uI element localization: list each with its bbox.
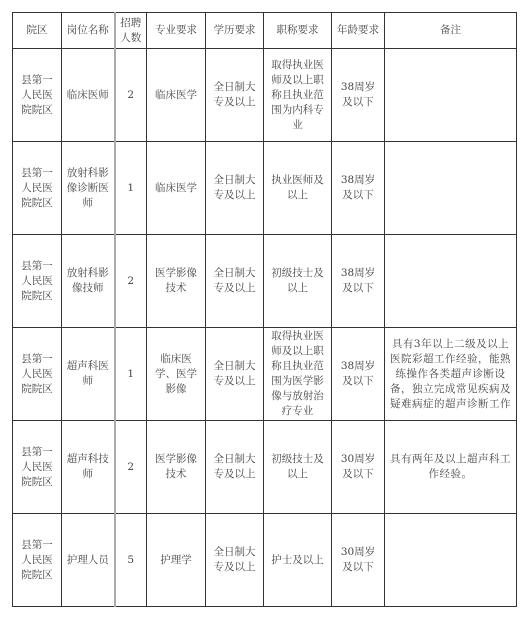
cell-education: 全日制大专及以上 bbox=[206, 49, 264, 142]
cell-education: 全日制大专及以上 bbox=[206, 235, 264, 328]
cell-campus: 县第一人民医院院区 bbox=[13, 328, 62, 421]
cell-age: 30周岁及以下 bbox=[332, 421, 385, 514]
cell-note bbox=[385, 235, 517, 328]
cell-education: 全日制大专及以上 bbox=[206, 142, 264, 235]
cell-note bbox=[385, 49, 517, 142]
header-row: 院区 岗位名称 招聘人数 专业要求 学历要求 职称要求 年龄要求 备注 bbox=[13, 13, 517, 49]
table-row: 县第一人民医院院区 超声科医师 1 临床医学、医学影像 全日制大专及以上 取得执… bbox=[13, 328, 517, 421]
cell-major: 临床医学、医学影像 bbox=[147, 328, 206, 421]
cell-title: 取得执业医师及以上职称且执业范围为内科专业 bbox=[264, 49, 332, 142]
cell-campus: 县第一人民医院院区 bbox=[13, 514, 62, 607]
cell-major: 护理学 bbox=[147, 514, 206, 607]
cell-title: 执业医师及以上 bbox=[264, 142, 332, 235]
cell-position: 放射科影像技师 bbox=[62, 235, 115, 328]
cell-major: 临床医学 bbox=[147, 142, 206, 235]
cell-title: 护士及以上 bbox=[264, 514, 332, 607]
cell-position: 超声科医师 bbox=[62, 328, 115, 421]
header-education: 学历要求 bbox=[206, 13, 264, 49]
cell-count: 1 bbox=[115, 142, 147, 235]
cell-title: 初级技士及以上 bbox=[264, 421, 332, 514]
table-row: 县第一人民医院院区 护理人员 5 护理学 全日制大专及以上 护士及以上 30周岁… bbox=[13, 514, 517, 607]
cell-age: 38周岁及以下 bbox=[332, 49, 385, 142]
cell-note bbox=[385, 514, 517, 607]
header-major: 专业要求 bbox=[147, 13, 206, 49]
table-row: 县第一人民医院院区 放射科影像诊断医师 1 临床医学 全日制大专及以上 执业医师… bbox=[13, 142, 517, 235]
cell-age: 38周岁及以下 bbox=[332, 328, 385, 421]
cell-campus: 县第一人民医院院区 bbox=[13, 49, 62, 142]
cell-age: 30周岁及以下 bbox=[332, 514, 385, 607]
cell-education: 全日制大专及以上 bbox=[206, 514, 264, 607]
cell-position: 超声科技师 bbox=[62, 421, 115, 514]
cell-education: 全日制大专及以上 bbox=[206, 421, 264, 514]
header-position: 岗位名称 bbox=[62, 13, 115, 49]
cell-title: 取得执业医师及以上职称且执业范围为医学影像与放射治疗专业 bbox=[264, 328, 332, 421]
header-count: 招聘人数 bbox=[115, 13, 147, 49]
cell-campus: 县第一人民医院院区 bbox=[13, 421, 62, 514]
header-note: 备注 bbox=[385, 13, 517, 49]
cell-note bbox=[385, 142, 517, 235]
cell-count: 2 bbox=[115, 421, 147, 514]
cell-education: 全日制大专及以上 bbox=[206, 328, 264, 421]
cell-count: 1 bbox=[115, 328, 147, 421]
cell-title: 初级技士及以上 bbox=[264, 235, 332, 328]
cell-campus: 县第一人民医院院区 bbox=[13, 235, 62, 328]
cell-note: 具有两年及以上超声科工作经验。 bbox=[385, 421, 517, 514]
cell-age: 38周岁及以下 bbox=[332, 142, 385, 235]
recruitment-table: 院区 岗位名称 招聘人数 专业要求 学历要求 职称要求 年龄要求 备注 县第一人… bbox=[12, 12, 517, 607]
cell-age: 38周岁及以下 bbox=[332, 235, 385, 328]
header-title: 职称要求 bbox=[264, 13, 332, 49]
cell-count: 2 bbox=[115, 49, 147, 142]
cell-note: 具有3年以上二级及以上医院彩超工作经验，能熟练操作各类超声诊断设备，独立完成常见… bbox=[385, 328, 517, 421]
table-row: 县第一人民医院院区 临床医师 2 临床医学 全日制大专及以上 取得执业医师及以上… bbox=[13, 49, 517, 142]
cell-position: 护理人员 bbox=[62, 514, 115, 607]
cell-count: 2 bbox=[115, 235, 147, 328]
header-age: 年龄要求 bbox=[332, 13, 385, 49]
cell-major: 临床医学 bbox=[147, 49, 206, 142]
cell-position: 临床医师 bbox=[62, 49, 115, 142]
cell-campus: 县第一人民医院院区 bbox=[13, 142, 62, 235]
cell-major: 医学影像技术 bbox=[147, 421, 206, 514]
cell-major: 医学影像技术 bbox=[147, 235, 206, 328]
table-row: 县第一人民医院院区 超声科技师 2 医学影像技术 全日制大专及以上 初级技士及以… bbox=[13, 421, 517, 514]
header-campus: 院区 bbox=[13, 13, 62, 49]
cell-position: 放射科影像诊断医师 bbox=[62, 142, 115, 235]
table-row: 县第一人民医院院区 放射科影像技师 2 医学影像技术 全日制大专及以上 初级技士… bbox=[13, 235, 517, 328]
cell-count: 5 bbox=[115, 514, 147, 607]
